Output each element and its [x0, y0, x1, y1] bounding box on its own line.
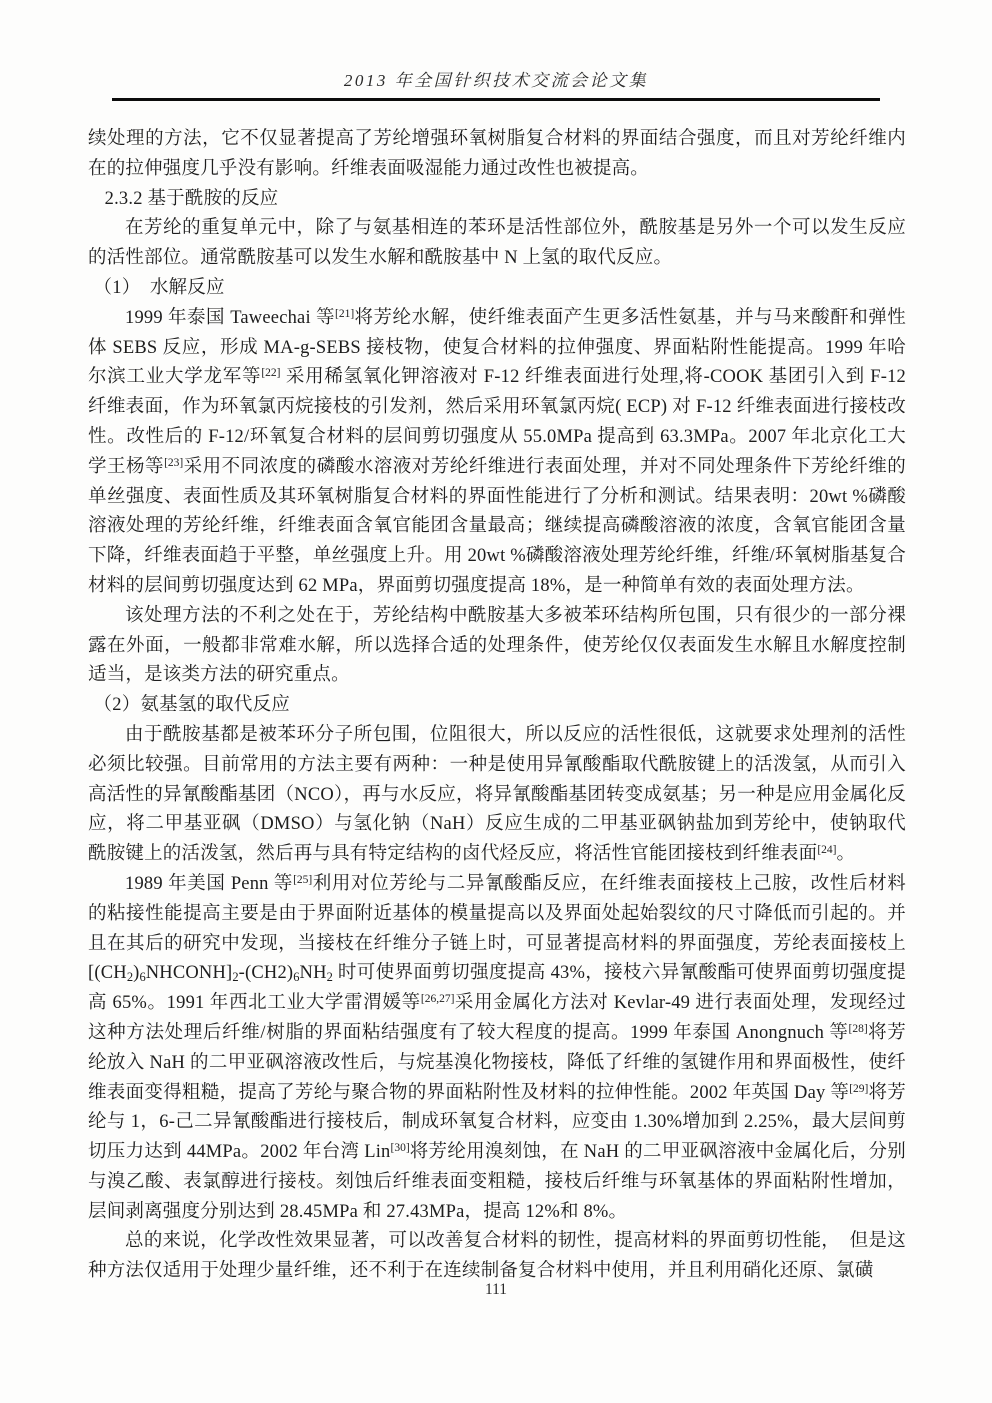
citation-ref: [25]: [293, 874, 312, 886]
citation-ref: [23]: [164, 457, 183, 469]
citation-ref: [24]: [817, 844, 836, 856]
citation-ref: [22]: [261, 367, 280, 379]
paragraph: 该处理方法的不利之处在于，芳纶结构中酰胺基大多被苯环结构所包围，只有很少的一部分…: [88, 602, 906, 691]
citation-ref: [28]: [849, 1023, 868, 1035]
citation-ref: [30]: [391, 1142, 410, 1154]
paragraph: 由于酰胺基都是被苯环分子所包围，位阻很大，所以反应的活性很低，这就要求处理剂的活…: [88, 721, 906, 870]
document-page: 2013 年全国针织技术交流会论文集 续处理的方法，它不仅显著提高了芳纶增强环氧…: [0, 0, 992, 1403]
header-rule: [112, 98, 880, 101]
citation-ref: [29]: [849, 1083, 868, 1095]
page-body: 续处理的方法，它不仅显著提高了芳纶增强环氧树脂复合材料的界面结合强度，而且对芳纶…: [88, 125, 906, 1280]
page-header: 2013 年全国针织技术交流会论文集: [0, 0, 992, 101]
section-heading-2-3-2: 2.3.2 基于酰胺的反应: [88, 185, 906, 215]
citation-ref: [26,27]: [421, 993, 455, 1005]
paragraph-continuation: 续处理的方法，它不仅显著提高了芳纶增强环氧树脂复合材料的界面结合强度，而且对芳纶…: [88, 125, 906, 185]
paragraph: 在芳纶的重复单元中，除了与氨基相连的苯环是活性部位外，酰胺基是另外一个可以发生反…: [88, 214, 906, 274]
paragraph: 总的来说，化学改性效果显著，可以改善复合材料的韧性，提高材料的界面剪切性能， 但…: [88, 1227, 906, 1280]
page-footer: 111: [0, 1281, 992, 1299]
citation-ref: [21]: [335, 308, 354, 320]
paragraph: 1999 年泰国 Taweechai 等[21]将芳纶水解，使纤维表面产生更多活…: [88, 304, 906, 602]
list-heading-2: （2）氨基氢的取代反应: [88, 691, 906, 721]
paragraph: 1989 年美国 Penn 等[25]利用对位芳纶与二异氰酸酯反应，在纤维表面接…: [88, 870, 906, 1228]
page-number: 111: [485, 1281, 507, 1298]
list-heading-1: （1） 水解反应: [88, 274, 906, 304]
running-header-title: 2013 年全国针织技术交流会论文集: [344, 66, 648, 91]
